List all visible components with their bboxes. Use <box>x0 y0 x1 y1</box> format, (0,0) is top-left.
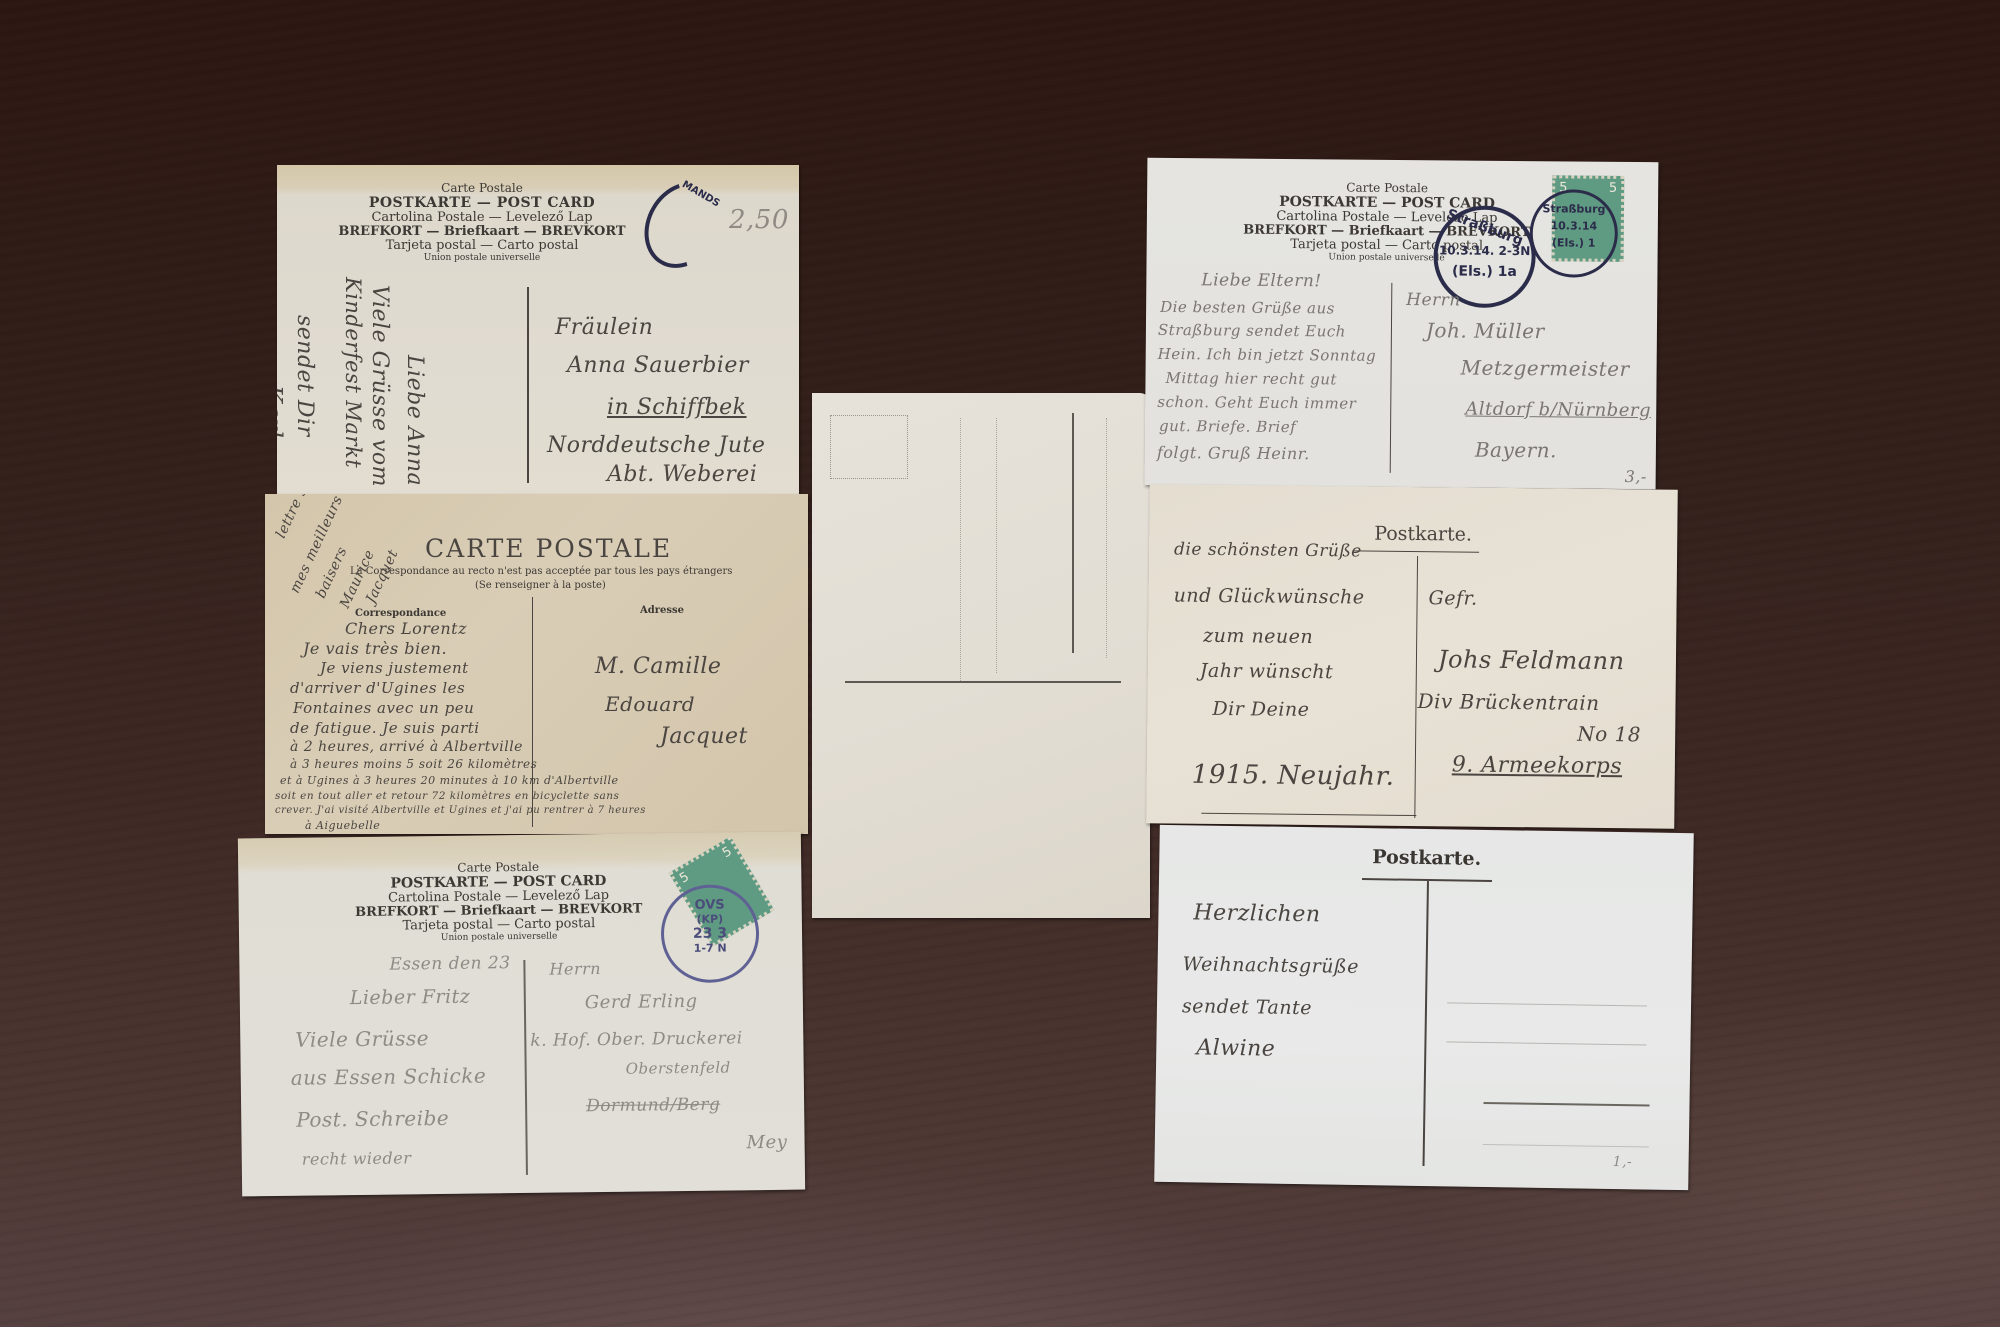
card-title: Postkarte. <box>1372 848 1481 869</box>
signature-underline <box>1201 813 1416 816</box>
address-line-1: Herrn <box>549 959 601 979</box>
dotted-address-line <box>1106 418 1107 658</box>
address-line-5: 9. Armeekorps <box>1452 752 1623 779</box>
address-line-rule <box>1446 1041 1646 1045</box>
notice-line: La Correspondance au recto n'est pas acc… <box>350 567 732 577</box>
message-line-2: Die besten Grüße aus <box>1160 298 1335 318</box>
message-line-5: Fontaines avec un peu <box>293 699 474 717</box>
message-line-1: Liebe Anna ! <box>402 355 427 494</box>
address-line-1: M. Camille <box>595 654 721 679</box>
postmark-town: Straßburg <box>1533 202 1615 216</box>
address-line-2: Gerd Erling <box>585 991 698 1013</box>
message-line-2: Je vais très bien. <box>303 639 447 658</box>
message-line-7: à 2 heures, arrivé à Albertville <box>290 739 523 755</box>
header-line-1: Carte Postale <box>277 182 687 194</box>
message-line-4: d'arriver d'Ugines les <box>290 679 465 697</box>
message-line-5: Mittag hier recht gut <box>1165 369 1337 388</box>
address-line-6: Mey <box>746 1132 787 1153</box>
message-line-3: Viele Grüsse <box>295 1026 429 1052</box>
postcard-anna-sauerbier: Carte Postale POSTKARTE — POST CARD Cart… <box>277 165 799 494</box>
message-line-5: Karl. <box>277 385 287 447</box>
message-line-3: zum neuen <box>1203 625 1313 648</box>
address-line-rule-bold <box>1483 1102 1649 1107</box>
message-line-4: sendet Dir <box>292 315 317 437</box>
address-line-4: No 18 <box>1577 722 1641 747</box>
message-line-4: aus Essen Schicke <box>291 1063 487 1089</box>
postcard-carte-postale-jacquet: CARTE POSTALE La Correspondance au recto… <box>265 494 808 834</box>
address-line-4: Altdorf b/Nürnberg <box>1465 399 1651 422</box>
address-line-2: Anna Sauerbier <box>567 353 749 378</box>
message-line-8: à 3 heures moins 5 soit 26 kilomètres <box>290 757 537 771</box>
postmark-date: 23 3 <box>664 925 756 942</box>
message-line-2: Lieber Fritz <box>350 986 471 1009</box>
address-line-1: Herrn <box>1406 290 1461 310</box>
message-line-1: Liebe Eltern! <box>1201 270 1321 291</box>
postmark-town: OVS <box>664 897 756 913</box>
postmark-date: 10.3.14 <box>1533 219 1615 233</box>
postcard-johs-feldmann: Postkarte. die schönsten Grüße und Glück… <box>1146 484 1678 829</box>
postcard-alwine: Postkarte. Herzlichen Weihnachtsgrüße se… <box>1154 825 1694 1190</box>
header-line-4: BREFKORT — Briefkaart — BREVKORT <box>277 225 687 238</box>
stamp-placeholder-box <box>830 415 908 479</box>
notice-line-2: (Se renseigner à la poste) <box>475 581 606 591</box>
postmark-region: (KP) <box>664 912 756 926</box>
address-line-rule <box>1483 1144 1649 1148</box>
message-line-6: schon. Geht Euch immer <box>1157 393 1356 413</box>
message-line-11: crever. J'ai visité Albertville et Ugine… <box>275 805 646 816</box>
card-title: CARTE POSTALE <box>425 536 672 561</box>
address-line-2: Joh. Müller <box>1426 318 1545 343</box>
address-line-4: Norddeutsche Jute <box>547 433 765 458</box>
message-line-6: de fatigue. Je suis parti <box>290 719 480 737</box>
message-line-9: et à Ugines à 3 heures 20 minutes à 10 k… <box>280 774 619 787</box>
pencil-price: 1,- <box>1612 1154 1632 1170</box>
label-adresse: Adresse <box>640 606 684 616</box>
address-line-5: Dormund/Berg <box>586 1095 720 1117</box>
card-divider <box>1414 556 1418 818</box>
title-underline <box>1354 550 1479 552</box>
message-line-1: Essen den 23 <box>389 953 510 974</box>
address-line-3: Div Brückentrain <box>1417 689 1599 715</box>
postcard-joh-mueller: Carte Postale POSTKARTE — POST CARD Cart… <box>1145 158 1659 489</box>
message-line-7: gut. Briefe. Brief <box>1159 417 1296 436</box>
header-line-5: Tarjeta postal — Carto postal <box>277 239 687 252</box>
stamp-value-left: 5 <box>677 869 692 886</box>
pencil-price: 3,- <box>1625 467 1647 486</box>
pencil-price: 2,50 <box>729 205 789 235</box>
message-line-4: Jahr wünscht <box>1200 660 1334 683</box>
address-line-rule <box>1447 1002 1647 1006</box>
card-title: Postkarte. <box>1374 525 1472 545</box>
postmark: OVS (KP) 23 3 1-7 N <box>660 884 759 983</box>
message-line-5: Post. Schreibe <box>296 1106 449 1132</box>
address-line-3: Jacquet <box>660 724 748 749</box>
postmark-office: (Els.) 1a <box>1437 263 1531 280</box>
address-line-3: Metzgermeister <box>1461 356 1630 381</box>
address-line-2: Johs Feldmann <box>1438 645 1625 675</box>
dotted-address-line <box>996 418 997 673</box>
address-line-3: k. Hof. Ober. Druckerei <box>530 1028 743 1051</box>
postmark-text: MANDS <box>680 179 721 209</box>
dotted-address-line <box>960 418 961 683</box>
address-line-1: Gefr. <box>1428 587 1477 610</box>
address-line-1: Fräulein <box>555 315 653 340</box>
message-line-6: 1915. Neujahr. <box>1192 760 1395 792</box>
card-divider <box>527 287 529 483</box>
message-line-12: à Aiguebelle <box>305 819 380 832</box>
address-line-2: Edouard <box>605 692 695 716</box>
message-line-1: die schönsten Grüße <box>1174 540 1362 562</box>
message-line-4: Alwine <box>1196 1035 1275 1061</box>
address-line-4: Oberstenfeld <box>626 1058 731 1077</box>
header-line-3: Cartolina Postale — Levelező Lap <box>277 211 687 224</box>
postcard-gerd-erling: Carte Postale POSTKARTE — POST CARD Cart… <box>238 832 805 1197</box>
message-line-2: Viele Grüsse vom <box>367 285 392 487</box>
header-line-6: Union postale universelle <box>277 254 687 263</box>
address-line-5: Abt. Weberei <box>607 462 757 487</box>
address-line-3: in Schiffbek <box>607 395 747 420</box>
message-line-10: soit en tout aller et retour 72 kilomètr… <box>275 790 619 802</box>
message-line-2: Weihnachtsgrüße <box>1182 953 1359 978</box>
message-line-3: sendet Tante <box>1182 995 1312 1019</box>
card-divider <box>1390 283 1393 473</box>
message-line-5: Dir Deine <box>1212 698 1309 721</box>
stamp-value-right: 5 <box>1609 181 1617 196</box>
message-line-2: und Glückwünsche <box>1174 585 1365 609</box>
postmark-time: 1-7 N <box>664 941 756 955</box>
message-line-4: Hein. Ich bin jetzt Sonntag <box>1158 345 1377 365</box>
postmark-right: Straßburg 10.3.14 (Els.) 1 <box>1529 189 1618 278</box>
message-line-1: Chers Lorentz <box>345 619 467 638</box>
label-correspondance: Correspondance <box>355 609 446 619</box>
message-line-1: Herzlichen <box>1193 900 1320 927</box>
postmark-office: (Els.) 1 <box>1533 236 1615 250</box>
card-divider <box>523 960 528 1175</box>
card-divider-vertical <box>1072 413 1074 653</box>
address-line-5: Bayern. <box>1475 438 1557 463</box>
message-line-8: folgt. Gruß Heinr. <box>1157 443 1310 463</box>
card-divider-horizontal <box>845 681 1121 683</box>
header-line-2: POSTKARTE — POST CARD <box>277 196 687 210</box>
stamp-value-right: 5 <box>720 844 735 861</box>
message-line-3: Kinderfest Markt <box>341 277 365 468</box>
card-divider <box>1423 881 1429 1166</box>
postcard-blank-portrait <box>812 393 1150 918</box>
message-line-3: Je viens justement <box>320 659 469 677</box>
message-line-6: recht wieder <box>302 1148 412 1168</box>
message-line-3: Straßburg sendet Euch <box>1158 321 1346 341</box>
